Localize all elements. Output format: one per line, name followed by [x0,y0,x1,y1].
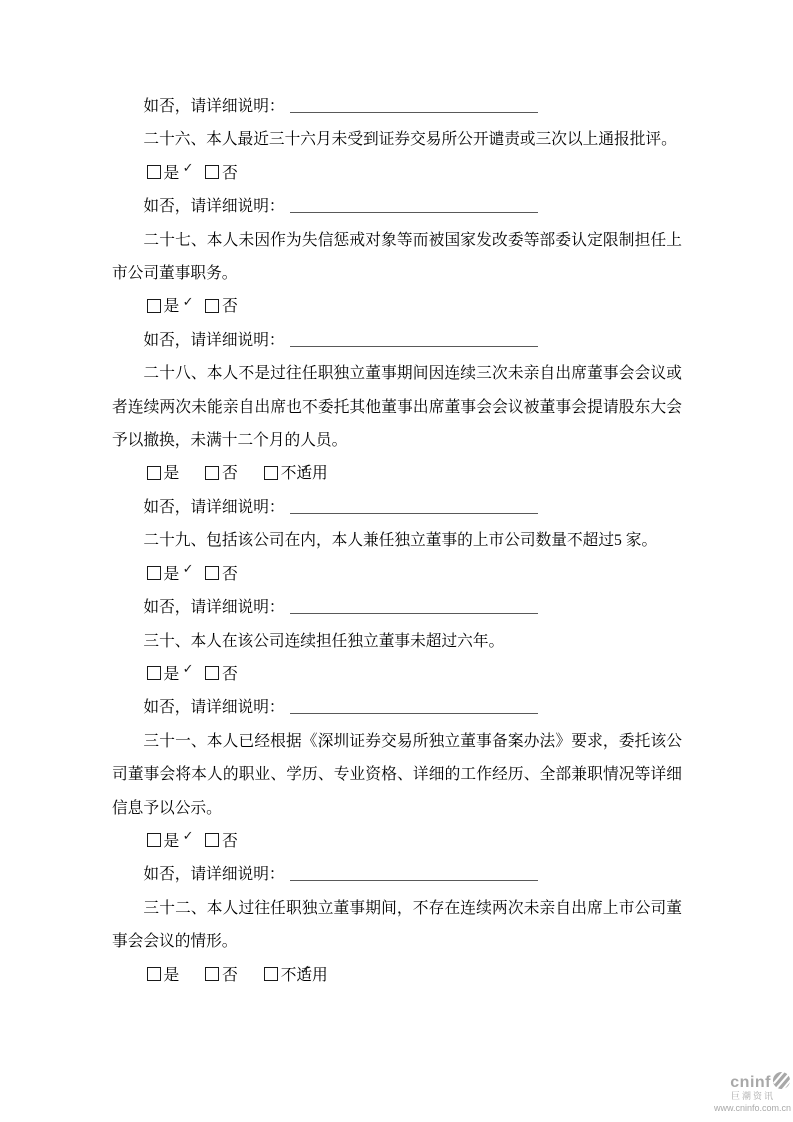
followup-prompt: 如否，请详细说明： [143,699,284,716]
followup-prompt: 如否，请详细说明： [143,198,284,215]
checkbox-icon: ✓ [147,299,161,313]
followup-prompt: 如否，请详细说明： [143,866,284,883]
checkbox-icon: ✓ [147,566,161,580]
followup-row: 如否，请详细说明： [112,190,682,223]
option: ✓是 [147,298,180,315]
checkbox-icon: ✓ [147,466,161,480]
followup-row: 如否，请详细说明： [112,90,682,123]
cninfo-chinese-name: 巨潮资讯 [701,1092,791,1102]
option: ✓是 [147,833,180,850]
checkmark-icon: ✓ [148,830,193,844]
cninfo-swirl-icon [772,1071,791,1090]
option-label: 否 [222,967,238,984]
option-label: 否 [222,566,238,583]
declaration-item: 二十九、包括该公司在内，本人兼任独立董事的上市公司数量不超过5 家。 ✓是 ✓否… [112,524,682,624]
item-text: 二十八、本人不是过往任职独立董事期间因连续三次未亲自出席董事会会议或者连续两次未… [112,357,682,457]
checkbox-icon: ✓ [205,466,219,480]
declaration-item: 三十、本人在该公司连续担任独立董事未超过六年。 ✓是 ✓否 如否，请详细说明： [112,625,682,725]
options-row: ✓是 ✓否 [112,290,682,323]
checkmark-icon: ✓ [148,563,193,577]
item-text: 二十六、本人最近三十六月未受到证券交易所公开谴责或三次以上通报批评。 [112,123,682,156]
cninfo-watermark: cninf 巨潮资讯 www.cninfo.com.cn [701,1074,791,1114]
option-label: 否 [222,298,238,315]
declaration-item: 三十二、本人过往任职独立董事期间，不存在连续两次未亲自出席上市公司董事会会议的情… [112,892,682,992]
options-row: ✓是 ✓否 [112,825,682,858]
option-label: 否 [222,833,238,850]
declaration-item: 三十一、本人已经根据《深圳证券交易所独立董事备案办法》要求，委托该公司董事会将本… [112,725,682,892]
checkmark-icon: ✓ [148,663,193,677]
option: ✓否 [205,666,238,683]
document-page: 如否，请详细说明： 二十六、本人最近三十六月未受到证券交易所公开谴责或三次以上通… [0,0,793,1122]
checkbox-icon: ✓ [205,967,219,981]
checkmark-icon: ✓ [148,162,193,176]
followup-row: 如否，请详细说明： [112,491,682,524]
item-text: 三十二、本人过往任职独立董事期间，不存在连续两次未亲自出席上市公司董事会会议的情… [112,892,682,959]
option: ✓否 [205,465,238,482]
followup-blank-line [290,611,538,614]
followup-blank-line [290,110,538,113]
followup-prompt: 如否，请详细说明： [143,599,284,616]
option-label: 是 [164,967,180,984]
options-row: ✓是 ✓否 [112,658,682,691]
checkmark-icon: ✓ [265,964,310,978]
declaration-item: 二十七、本人未因作为失信惩戒对象等而被国家发改委等部委认定限制担任上市公司董事职… [112,224,682,358]
cninfo-url: www.cninfo.com.cn [701,1104,791,1114]
option: ✓否 [205,566,238,583]
checkbox-icon: ✓ [205,666,219,680]
checkbox-icon: ✓ [205,165,219,179]
checkbox-icon: ✓ [205,566,219,580]
option: ✓不适用 [264,967,328,984]
checkmark-icon: ✓ [265,463,310,477]
item-text: 二十七、本人未因作为失信惩戒对象等而被国家发改委等部委认定限制担任上市公司董事职… [112,224,682,291]
options-row: ✓是 ✓否 ✓不适用 [112,457,682,490]
followup-row: 如否，请详细说明： [112,324,682,357]
checkbox-icon: ✓ [147,967,161,981]
option-label: 否 [222,666,238,683]
option-label: 是 [164,465,180,482]
checkbox-icon: ✓ [205,833,219,847]
declaration-item: 二十六、本人最近三十六月未受到证券交易所公开谴责或三次以上通报批评。 ✓是 ✓否… [112,123,682,223]
followup-row: 如否，请详细说明： [112,591,682,624]
followup-blank-line [290,210,538,213]
followup-blank-line [290,878,538,881]
followup-row: 如否，请详细说明： [112,858,682,891]
options-row: ✓是 ✓否 ✓不适用 [112,959,682,992]
option: ✓是 [147,566,180,583]
checkbox-icon: ✓ [264,466,278,480]
followup-prompt: 如否，请详细说明： [143,499,284,516]
checkmark-icon: ✓ [148,296,193,310]
option: ✓不适用 [264,465,328,482]
option: ✓是 [147,165,180,182]
followup-blank-line [290,711,538,714]
option: ✓否 [205,298,238,315]
option-label: 否 [222,165,238,182]
option: ✓是 [147,465,180,482]
checkbox-icon: ✓ [264,967,278,981]
option: ✓否 [205,833,238,850]
item-text: 三十、本人在该公司连续担任独立董事未超过六年。 [112,625,682,658]
declaration-content: 如否，请详细说明： 二十六、本人最近三十六月未受到证券交易所公开谴责或三次以上通… [112,90,682,992]
checkbox-icon: ✓ [147,165,161,179]
items-container: 二十六、本人最近三十六月未受到证券交易所公开谴责或三次以上通报批评。 ✓是 ✓否… [112,123,682,992]
followup-blank-line [290,344,538,347]
item-text: 二十九、包括该公司在内，本人兼任独立董事的上市公司数量不超过5 家。 [112,524,682,557]
checkbox-icon: ✓ [147,666,161,680]
declaration-item: 二十八、本人不是过往任职独立董事期间因连续三次未亲自出席董事会会议或者连续两次未… [112,357,682,524]
option: ✓否 [205,165,238,182]
cninfo-logo-text: cninf [730,1074,771,1092]
checkbox-icon: ✓ [147,833,161,847]
options-row: ✓是 ✓否 [112,558,682,591]
options-row: ✓是 ✓否 [112,157,682,190]
followup-blank-line [290,511,538,514]
item-text: 三十一、本人已经根据《深圳证券交易所独立董事备案办法》要求，委托该公司董事会将本… [112,725,682,825]
checkbox-icon: ✓ [205,299,219,313]
option: ✓否 [205,967,238,984]
followup-prompt: 如否，请详细说明： [143,332,284,349]
option: ✓是 [147,967,180,984]
brand-row: cninf [701,1074,791,1092]
followup-row: 如否，请详细说明： [112,691,682,724]
option-label: 否 [222,465,238,482]
followup-prompt: 如否，请详细说明： [143,98,284,115]
option: ✓是 [147,666,180,683]
